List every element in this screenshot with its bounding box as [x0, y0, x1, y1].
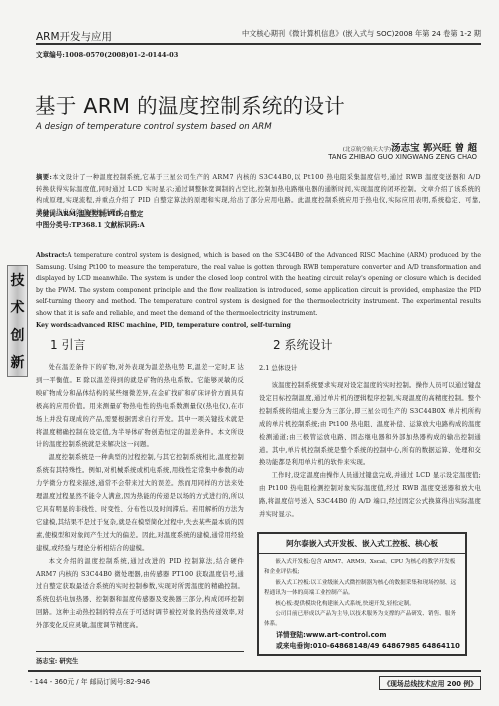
ad-paragraph: 嵌入式工控板:以工业级嵌入式微控制器为核心的数据采集和现场控制、远程通讯为一体的…: [264, 578, 460, 599]
journal-info: 中文核心期刊《微计算机信息》(嵌入式与 SOC)2008 年第 24 卷第 1-…: [242, 29, 481, 39]
page-footer-rule: [28, 670, 481, 672]
section-1-heading: 1 引言: [50, 336, 85, 353]
ad-title: 阿尔泰嵌入式开发板、嵌入式工控板、核心板: [259, 534, 465, 554]
paragraph: 工作时,设定温度由操作人员通过键盘完成,并通过 LCD 显示设定温度值;由 Pt…: [259, 470, 481, 522]
paragraph: 该温度控制系统要求实现对设定温度的实时控制。操作人员可以通过键盘设定目标控制温度…: [259, 380, 481, 470]
subsection-2-1-heading: 2.1 总体设计: [259, 363, 297, 372]
author-note: 汤志宝: 研究生: [36, 656, 78, 665]
badge-char: 技: [11, 270, 25, 290]
badge-char: 术: [11, 297, 25, 317]
page-info: - 144 - 360元 / 年 邮局订阅号:82-946: [30, 676, 150, 686]
page-title: 基于 ARM 的温度控制系统的设计: [35, 89, 345, 119]
article-number: 文章编号:1008-0570(2008)01-2-0144-03: [36, 49, 178, 59]
paragraph: 温度控制系统是一种典型的过程控制,与其它控制系统相比,温度控制系统有其特殊性。例…: [36, 452, 244, 555]
ad-body: 嵌入式开发板:包含 ARM7、ARM9、Xscal、CPU 为核心的教学开发板和…: [259, 554, 465, 652]
keywords-en: Key words:advanced RISC machine, PID, te…: [36, 322, 291, 329]
badge-char: 新: [11, 352, 25, 372]
classification: 中图分类号:TP368.1 文献标识码:A: [36, 220, 145, 231]
abstract-en: Abstract:A temperature control system is…: [36, 250, 481, 331]
ad-phone: 或来电垂询:010-64868148/49 64867985 64864110: [276, 641, 460, 652]
author-names-en: TANG ZHIBAO GUO XINGWANG ZENG CHAO: [328, 153, 477, 161]
abstract-en-text: A temperature control system is designed…: [36, 252, 481, 317]
abstract-cn-label: 摘要:: [36, 174, 52, 181]
section-1-body: 处在温差条件下的矿物,对外表现为温差热电势 E,温差一定时,E 达到一平衡值。E…: [36, 362, 244, 633]
promo-book-title: 《现场总线技术应用 200 例》: [379, 676, 481, 690]
ad-paragraph: 核心板:提供模块化构建嵌入式系统,快速开发,轻松定制。: [264, 599, 460, 609]
author-line: (北京航空航天大学)汤志宝 郭兴旺 曾 超: [343, 140, 477, 154]
english-title: A design of temperature control system b…: [36, 122, 272, 132]
paragraph: 处在温差条件下的矿物,对外表现为温差热电势 E,温差一定时,E 达到一平衡值。E…: [36, 362, 244, 452]
badge-char: 创: [11, 325, 25, 345]
advertisement-box: 阿尔泰嵌入式开发板、嵌入式工控板、核心板 嵌入式开发板:包含 ARM7、ARM9…: [257, 532, 467, 656]
keywords-cn: 关键词:ARM;温度控制;PID;自整定: [36, 209, 143, 220]
section-label: ARM开发与应用: [36, 29, 112, 44]
abstract-en-label: Abstract:: [36, 252, 67, 259]
ad-website[interactable]: 详情登陆:www.art-control.com: [276, 630, 460, 641]
header-rule: [36, 43, 481, 45]
ad-paragraph: 公司目前已形成以产品为主导,以技术服务为支撑的产品研发、销售、服务体系。: [264, 609, 460, 630]
paragraph: 本文介绍的温度控制系统,通过改进的 PID 控制算法,结合硬件 ARM7 内核的…: [36, 556, 244, 633]
section-2-heading: 2 系统设计: [273, 336, 332, 353]
ad-paragraph: 嵌入式开发板:包含 ARM7、ARM9、Xscal、CPU 为核心的教学开发板和…: [264, 557, 460, 578]
footnote-rule: [36, 651, 244, 652]
tech-innovation-badge: 技 术 创 新: [7, 265, 28, 377]
section-2-body: 该温度控制系统要求实现对设定温度的实时控制。操作人员可以通过键盘设定目标控制温度…: [259, 380, 481, 522]
